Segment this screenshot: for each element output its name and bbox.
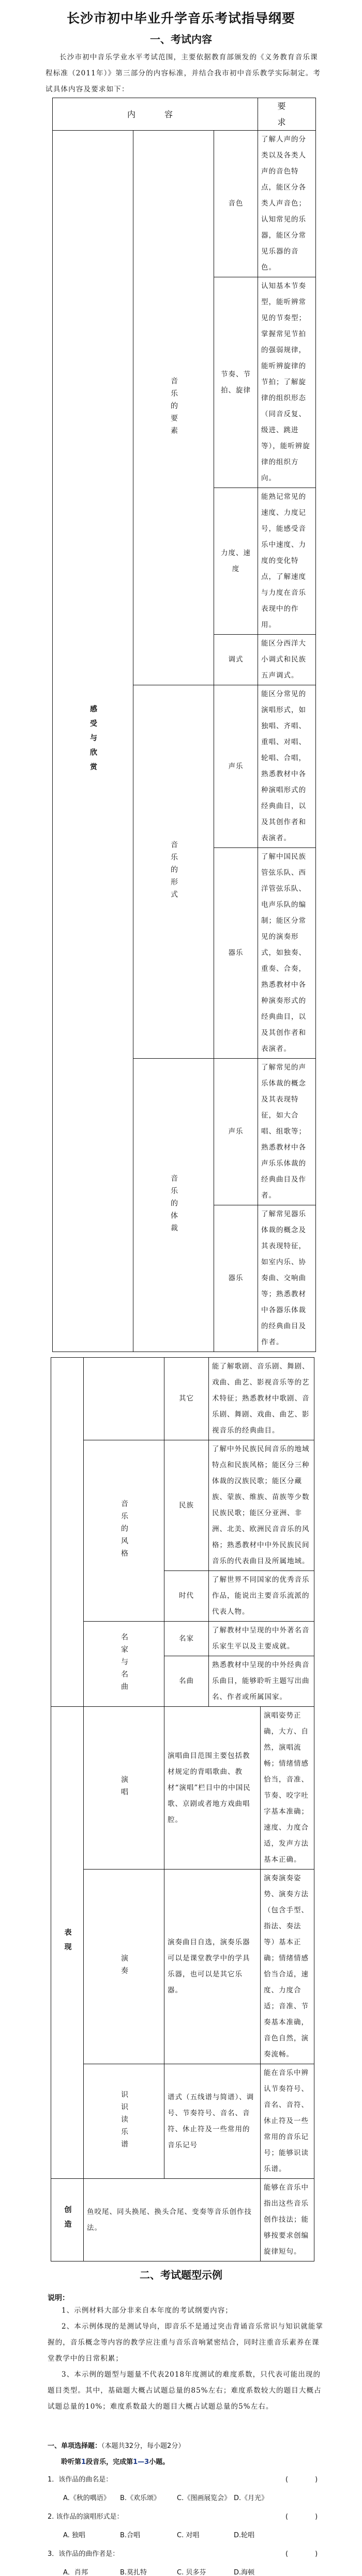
- sub-masters: 名家: [164, 1622, 209, 1656]
- perf-reading: 识识读乐谱: [84, 2064, 164, 2179]
- question-stem: 1．该作品的曲名是：: [48, 2471, 285, 2489]
- perf-playing: 演奏: [84, 1870, 164, 2064]
- perf-playing-content: 演奏曲目自选，演奏乐器可以是课堂教学中的学具乐器，也可以是其它乐器。: [164, 1870, 261, 2064]
- sub-vocal-form: 声乐: [214, 685, 258, 848]
- part1-title-text: 一、单项选择题：: [48, 2442, 101, 2450]
- creation-req: 能够在音乐中指出这些音乐创作技法；能够按要求创编旋律短句。: [261, 2179, 314, 2261]
- req-classics: 熟悉教材中呈现的中外经典音乐曲目，能够聆听主题写出曲名、作者或所属国家。: [209, 1656, 314, 1707]
- perf-reading-req: 能在音乐中辨认节奏符号、音名、音符、休止符及一些常用的音乐记号；能够识读乐谱。: [261, 2064, 314, 2179]
- req-timbre: 了解人声的分类以及各类人声的音色特点，能区分各类人声音色；认知常见的乐器，能区分…: [258, 131, 316, 277]
- note-3: 3、本示例的题型与题量不代表2018年度测试的难度系数，只代表可能出现的题目类型…: [48, 2367, 327, 2415]
- option[interactable]: D.轮唱: [234, 2526, 291, 2545]
- group-forms: 音乐的形式: [133, 685, 214, 1059]
- option[interactable]: C. 贝多芬: [177, 2564, 234, 2576]
- sub-mode: 调式: [214, 635, 258, 685]
- group-title-mid: 段音乐，完成第: [86, 2458, 133, 2466]
- question-options: A．肖邦B.莫扎特C. 贝多芬D.海顿: [63, 2564, 327, 2576]
- question-options: A.《秋的喁语》B.《欢乐颂》C.《图画展览会》D.《月光》: [63, 2489, 327, 2508]
- req-mode: 能区分西洋大小调式和民族五声调式。: [258, 635, 316, 685]
- perf-playing-req: 演奏演奏姿势、演奏方法（包含手型、指法、奏法等）基本正确；情绪情感恰当合适，速度…: [261, 1870, 314, 2064]
- header-requirement: 要 求: [258, 98, 316, 131]
- option[interactable]: B.《欢乐颂》: [120, 2489, 177, 2508]
- req-era: 了解世界不同国家的优秀音乐作品，能说出主要音乐流派的代表人物。: [209, 1571, 314, 1622]
- req-vocal-genre: 了解常见的声乐体裁的概念及其表现特征，如大合唱、组歌等；熟悉教材中各声乐乐体裁的…: [258, 1059, 316, 1205]
- option[interactable]: A．肖邦: [63, 2564, 120, 2576]
- header-content: 内 容: [53, 98, 258, 131]
- part1-note: （本题共32分，每小题2分）: [101, 2442, 185, 2450]
- sub-other: 其它: [164, 1358, 209, 1440]
- req-instr-genre: 了解常见器乐体裁的概念及其表现特征，如室内乐、协奏曲、交响曲等；熟悉教材中各器乐…: [258, 1205, 316, 1352]
- sub-timbre: 音色: [214, 131, 258, 277]
- question: 2. 该作品的演唱形式是：( ): [48, 2508, 327, 2526]
- req-other: 能了解歌剧、音乐剧、舞剧、戏曲、曲艺、影视音乐等的艺术特征；熟悉教材中歌剧、音乐…: [209, 1358, 314, 1440]
- sub-vocal-genre: 声乐: [214, 1059, 258, 1205]
- perf-singing-req: 演唱姿势正确，大方、自然，演唱流畅；情绪情感恰当，音准、节奏、咬字吐字基本准确；…: [261, 1707, 314, 1870]
- group-genres: 音乐的体裁: [133, 1059, 214, 1352]
- sub-classics: 名曲: [164, 1656, 209, 1707]
- req-dynamics: 能熟记常见的速度、力度记号，能感受音乐中速度、力度的变化特点，了解速度与力度在音…: [258, 488, 316, 635]
- question-stem: 2. 该作品的演唱形式是：: [48, 2508, 285, 2526]
- sub-era: 时代: [164, 1571, 209, 1622]
- document-page: 长沙市初中毕业升学音乐考试指导纲要 一、考试内容 长沙市初中音乐学业水平考试范围…: [0, 0, 362, 2576]
- option[interactable]: D.《月光》: [234, 2489, 291, 2508]
- notes-title: 说明：: [48, 2292, 362, 2303]
- req-rhythm: 认知基本节奏型，能听辨常见的节奏型；掌握常见节拍的强弱规律，能听辨旋律的节拍；了…: [258, 277, 316, 488]
- domain-appreciation: 感受与欣赏: [53, 131, 133, 1352]
- answer-blank[interactable]: ( ): [285, 2471, 316, 2489]
- question-options: A. 独唱B.合唱C. 对唱D.轮唱: [63, 2526, 327, 2545]
- question: 1．该作品的曲名是：( ): [48, 2471, 327, 2489]
- note-1: 1、示例材料大部分非来自本年度的考试纲要内容；: [48, 2303, 327, 2319]
- sub-rhythm: 节奏、节拍、旋律: [214, 277, 258, 488]
- intro-paragraph: 长沙市初中音乐学业水平考试范围，主要依据教育部颁发的《义务教育音乐课程标准（20…: [46, 50, 324, 98]
- req-ethnic: 了解中外民族民间音乐的地域特点和民族风格；能区分三种体裁的汉族民歌；能区分藏族、…: [209, 1440, 314, 1571]
- sub-instr-genre: 器乐: [214, 1205, 258, 1352]
- group-blank: [84, 1358, 164, 1440]
- group-elements: 音乐的要素: [133, 131, 214, 685]
- option[interactable]: B.莫扎特: [120, 2564, 177, 2576]
- document-title: 长沙市初中毕业升学音乐考试指导纲要: [0, 0, 362, 29]
- section-heading-examples: 二、考试题型示例: [0, 2265, 362, 2285]
- option[interactable]: C.《图画展览会》: [177, 2489, 234, 2508]
- questions-section: 一、单项选择题：（本题共32分，每小题2分） 聆听第1段音乐，完成第1—3小题。…: [48, 2439, 327, 2576]
- sub-ethnic: 民族: [164, 1440, 209, 1571]
- option[interactable]: D.海顿: [234, 2564, 291, 2576]
- option[interactable]: B.合唱: [120, 2526, 177, 2545]
- creation-content: 鱼咬尾、同头换尾、换头合尾、变奏等音乐创作技法。: [84, 2179, 261, 2261]
- perf-singing: 演唱: [84, 1707, 164, 1870]
- group-title: 聆听第1段音乐，完成第1—3小题。: [61, 2454, 327, 2471]
- section-heading-content: 一、考试内容: [0, 29, 362, 50]
- answer-blank[interactable]: ( ): [285, 2508, 316, 2526]
- question: 3．该作品的曲作者是：( ): [48, 2545, 327, 2564]
- perf-reading-content: 谱式（五线谱与简谱）、调号、节奏符号、音名、音符、休止符及一些常用的音乐记号: [164, 2064, 261, 2179]
- answer-blank[interactable]: ( ): [285, 2545, 316, 2564]
- sub-instr-form: 器乐: [214, 848, 258, 1059]
- group-segment-number: 1: [81, 2458, 86, 2466]
- option[interactable]: A. 独唱: [63, 2526, 120, 2545]
- domain-performance: 表现: [51, 1707, 84, 2179]
- domain-appreciation-cont: [51, 1358, 84, 1707]
- outline-table-part1: 内 容 要 求 感受与欣赏 音乐的要素 音色 了解人声的分类以及各类人声的音色特…: [52, 98, 316, 1352]
- outline-table-part2: 其它 能了解歌剧、音乐剧、舞剧、戏曲、曲艺、影视音乐等的艺术特征；熟悉教材中歌剧…: [51, 1357, 314, 2261]
- part1-title: 一、单项选择题：（本题共32分，每小题2分）: [48, 2439, 327, 2454]
- note-2: 2、本示例体现的是测试导向，即音乐不是通过突击背诵音乐常识与知识就能掌握的，音乐…: [48, 2319, 327, 2367]
- perf-singing-content: 演唱曲目范围主要包括教材规定的背唱歌曲、教材“演唱”栏目中的中国民歌、京剧或者地…: [164, 1707, 261, 1870]
- group-title-pre: 聆听第: [61, 2458, 81, 2466]
- req-masters: 了解教材中呈现的中外著名音乐家生平以及主要成就。: [209, 1622, 314, 1656]
- option[interactable]: C. 对唱: [177, 2526, 234, 2545]
- sub-dynamics: 力度、速度: [214, 488, 258, 635]
- req-instr-form: 了解中国民族管弦乐队、西洋管弦乐队、电声乐队的编制；能区分常见的演奏形式，如独奏…: [258, 848, 316, 1059]
- group-question-range: 1—3: [133, 2458, 149, 2466]
- option[interactable]: A.《秋的喁语》: [63, 2489, 120, 2508]
- domain-creation: 创造: [51, 2179, 84, 2261]
- group-styles: 音乐的风格: [84, 1440, 164, 1622]
- question-stem: 3．该作品的曲作者是：: [48, 2545, 285, 2564]
- part1-groups: 聆听第1段音乐，完成第1—3小题。1．该作品的曲名是：( )A.《秋的喁语》B.…: [48, 2454, 327, 2576]
- req-vocal-form: 能区分常见的演唱形式，如独唱、齐唱、重唱、对唱、轮唱、合唱，熟悉教材中各种演唱形…: [258, 685, 316, 848]
- group-masters: 名家与名曲: [84, 1622, 164, 1707]
- group-title-post: 小题。: [149, 2458, 169, 2466]
